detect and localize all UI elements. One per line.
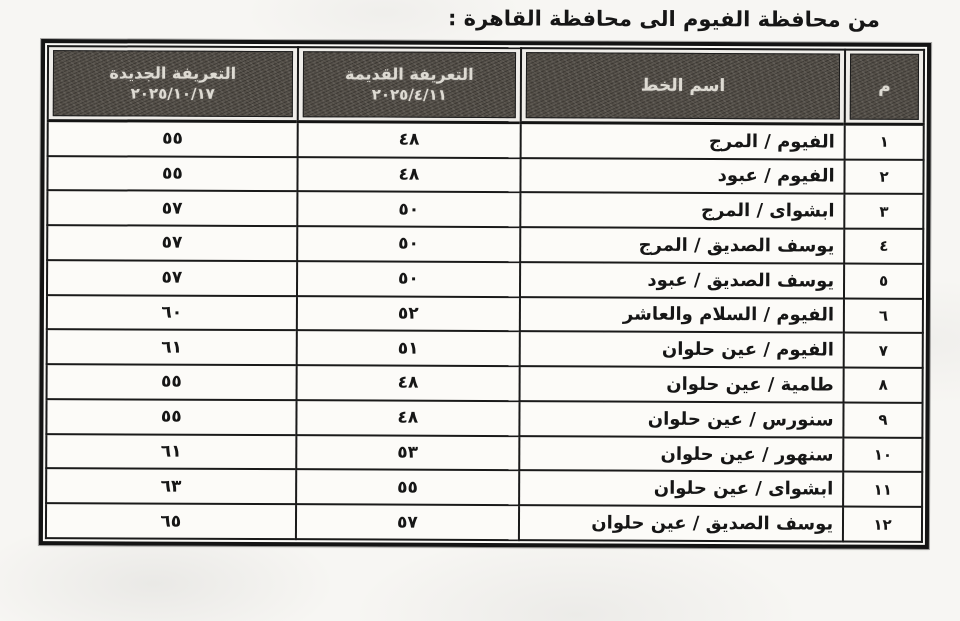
row-number-cell: ٧ (844, 333, 923, 368)
row-number-cell: ٤ (844, 229, 923, 264)
header-block-line: اسم الخط (526, 52, 840, 119)
fare-table: م اسم الخط التعريفة القديمة ٢٠٢٥/٤/١١ (39, 39, 931, 549)
header-block-new-tariff: التعريفة الجديدة ٢٠٢٥/١٠/١٧ (53, 50, 293, 117)
old-fare-cell: ٥٠ (297, 261, 521, 297)
old-fare-cell: ٤٨ (297, 157, 521, 193)
header-cell-new-tariff: التعريفة الجديدة ٢٠٢٥/١٠/١٧ (48, 46, 298, 121)
table-row: ١٢يوسف الصديق / عين حلوان٥٧٦٥ (46, 503, 922, 542)
table-row: ٥يوسف الصديق / عبود٥٠٥٧ (47, 260, 923, 299)
header-date-new-tariff: ٢٠٢٥/١٠/١٧ (131, 84, 215, 102)
table-row: ٤يوسف الصديق / المرج٥٠٥٧ (47, 225, 923, 264)
table-row: ٧الفيوم / عين حلوان٥١٦١ (47, 329, 923, 368)
header-label-old-tariff: التعريفة القديمة (345, 65, 474, 84)
table-row: ٦الفيوم / السلام والعاشر٥٢٦٠ (47, 295, 923, 334)
old-fare-cell: ٥٠ (297, 191, 521, 227)
new-fare-cell: ٥٥ (47, 364, 297, 400)
table-row: ١٠سنهور / عين حلوان٥٣٦١ (46, 434, 922, 473)
header-row: م اسم الخط التعريفة القديمة ٢٠٢٥/٤/١١ (48, 46, 924, 124)
fare-table-grid: م اسم الخط التعريفة القديمة ٢٠٢٥/٤/١١ (45, 45, 925, 543)
table-body: ١الفيوم / المرج٤٨٥٥٢الفيوم / عبود٤٨٥٥٣اب… (46, 120, 924, 542)
header-label-line: اسم الخط (641, 75, 726, 95)
header-label-new-tariff: التعريفة الجديدة (109, 64, 236, 83)
new-fare-cell: ٥٧ (47, 190, 297, 226)
line-name-cell: ابشواى / عين حلوان (519, 471, 843, 507)
line-name-cell: يوسف الصديق / عبود (520, 262, 844, 298)
table-row: ١١ابشواى / عين حلوان٥٥٦٣ (46, 468, 922, 507)
row-number-cell: ٥ (844, 263, 923, 298)
row-number-cell: ٩ (844, 402, 923, 437)
new-fare-cell: ٥٧ (47, 225, 297, 261)
row-number-cell: ٨ (844, 368, 923, 403)
table-row: ٣ابشواى / المرج٥٠٥٧ (47, 190, 923, 229)
new-fare-cell: ٥٥ (46, 399, 296, 435)
line-name-cell: الفيوم / عبود (521, 158, 845, 194)
row-number-cell: ١١ (843, 472, 922, 507)
row-number-cell: ٦ (844, 298, 923, 333)
line-name-cell: سنورس / عين حلوان (519, 401, 843, 437)
header-label-num: م (878, 76, 891, 96)
line-name-cell: ابشواى / المرج (520, 192, 844, 228)
new-fare-cell: ٦١ (46, 434, 296, 470)
old-fare-cell: ٥٠ (297, 226, 521, 262)
page-title: من محافظة الفيوم الى محافظة القاهرة : (448, 6, 880, 32)
header-block-num: م (850, 54, 919, 120)
new-fare-cell: ٦٠ (47, 295, 297, 331)
header-block-old-tariff: التعريفة القديمة ٢٠٢٥/٤/١١ (302, 51, 516, 117)
old-fare-cell: ٥٣ (296, 435, 520, 471)
table-row: ٢الفيوم / عبود٤٨٥٥ (47, 156, 923, 195)
header-cell-line: اسم الخط (521, 48, 845, 123)
row-number-cell: ١٠ (843, 437, 922, 472)
table-row: ١الفيوم / المرج٤٨٥٥ (48, 120, 924, 159)
row-number-cell: ١ (845, 124, 924, 160)
table-row: ٨طامية / عين حلوان٤٨٥٥ (47, 364, 923, 403)
old-fare-cell: ٥١ (296, 331, 520, 367)
old-fare-cell: ٥٢ (297, 296, 521, 332)
row-number-cell: ٢ (845, 159, 924, 194)
header-date-old-tariff: ٢٠٢٥/٤/١١ (372, 85, 447, 103)
new-fare-cell: ٥٧ (47, 260, 297, 296)
new-fare-cell: ٦٥ (46, 503, 296, 539)
new-fare-cell: ٦١ (47, 329, 297, 365)
line-name-cell: طامية / عين حلوان (520, 366, 844, 402)
line-name-cell: يوسف الصديق / المرج (520, 227, 844, 263)
old-fare-cell: ٥٥ (296, 470, 520, 506)
old-fare-cell: ٤٨ (296, 365, 520, 401)
new-fare-cell: ٥٥ (48, 120, 298, 157)
line-name-cell: سنهور / عين حلوان (519, 436, 843, 472)
line-name-cell: الفيوم / عين حلوان (520, 331, 844, 367)
line-name-cell: يوسف الصديق / عين حلوان (519, 505, 843, 541)
header-cell-num: م (845, 50, 924, 124)
table-row: ٩سنورس / عين حلوان٤٨٥٥ (46, 399, 922, 438)
line-name-cell: الفيوم / المرج (521, 122, 845, 159)
old-fare-cell: ٤٨ (297, 121, 521, 157)
line-name-cell: الفيوم / السلام والعاشر (520, 297, 844, 333)
new-fare-cell: ٦٣ (46, 468, 296, 504)
old-fare-cell: ٥٧ (296, 504, 520, 540)
header-cell-old-tariff: التعريفة القديمة ٢٠٢٥/٤/١١ (297, 47, 521, 122)
row-number-cell: ١٢ (843, 507, 922, 542)
old-fare-cell: ٤٨ (296, 400, 520, 436)
row-number-cell: ٣ (844, 194, 923, 229)
new-fare-cell: ٥٥ (47, 156, 297, 192)
